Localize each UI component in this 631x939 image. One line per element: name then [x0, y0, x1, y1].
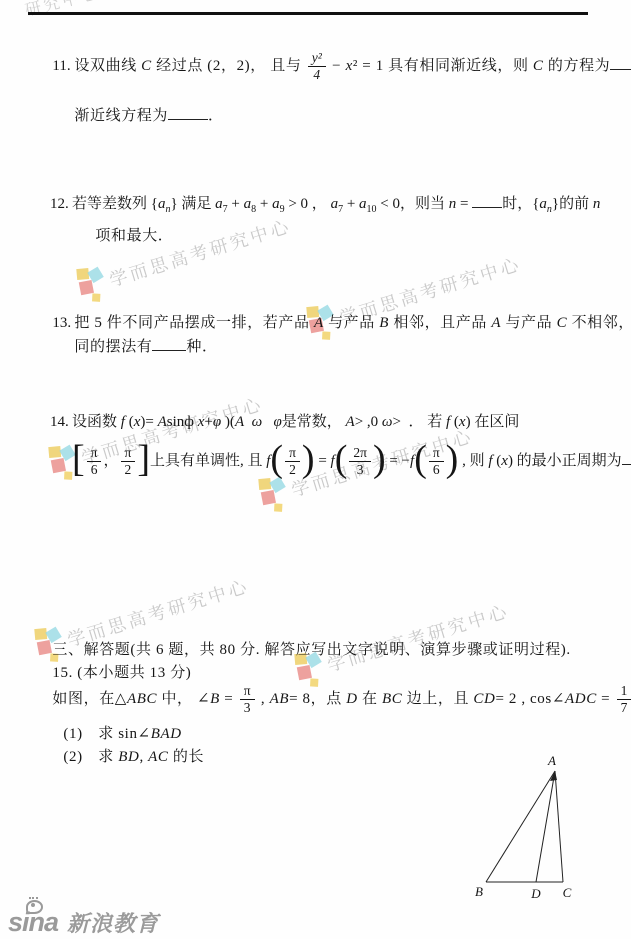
question-14-line-2: [π6，π2]上具有单调性, 且 f(π2) = f(2π3) = −f(π6)… [57, 425, 631, 498]
question-text: 设双曲线 C 经过点 (2，2)， 且与 y²4 − x² = 1 具有相同渐近… [74, 58, 631, 74]
triangle-figure: A B D C [460, 745, 595, 905]
question-text: (2) 求 BD, AC 的长 [63, 749, 204, 765]
vertex-label-C: C [563, 885, 572, 900]
question-12-line-2: 项和最大． [78, 206, 173, 267]
watermark-fragment: 研究中心 [22, 0, 101, 21]
question-text: 渐近线方程为． [74, 108, 223, 124]
sina-wordmark: sina [8, 910, 58, 936]
question-number: 12. [50, 194, 72, 214]
question-11-line-2: 渐近线方程为． [57, 84, 224, 147]
vertex-label-B: B [475, 884, 483, 899]
sina-education-logo: sina 新浪教育 [8, 902, 159, 936]
question-text: 项和最大． [95, 228, 173, 244]
exam-page: 研究中心 学而思高考研究中心 学而思高考研究中心 学而思高考研究中心 学而思高考… [0, 0, 631, 939]
question-text: 同的摆法有种． [74, 339, 217, 355]
header-rule [28, 12, 588, 15]
question-13-line-2: 同的摆法有种． [57, 315, 218, 378]
question-number: 11. [52, 56, 74, 76]
vertex-label-A: A [547, 753, 556, 768]
question-text: [π6，π2]上具有单调性, 且 f(π2) = f(2π3) = −f(π6)… [72, 453, 631, 469]
question-15-part-2: (2) 求 BD, AC 的长 [46, 727, 204, 788]
sina-education-text: 新浪教育 [67, 912, 159, 936]
vertex-label-D: D [530, 886, 541, 901]
